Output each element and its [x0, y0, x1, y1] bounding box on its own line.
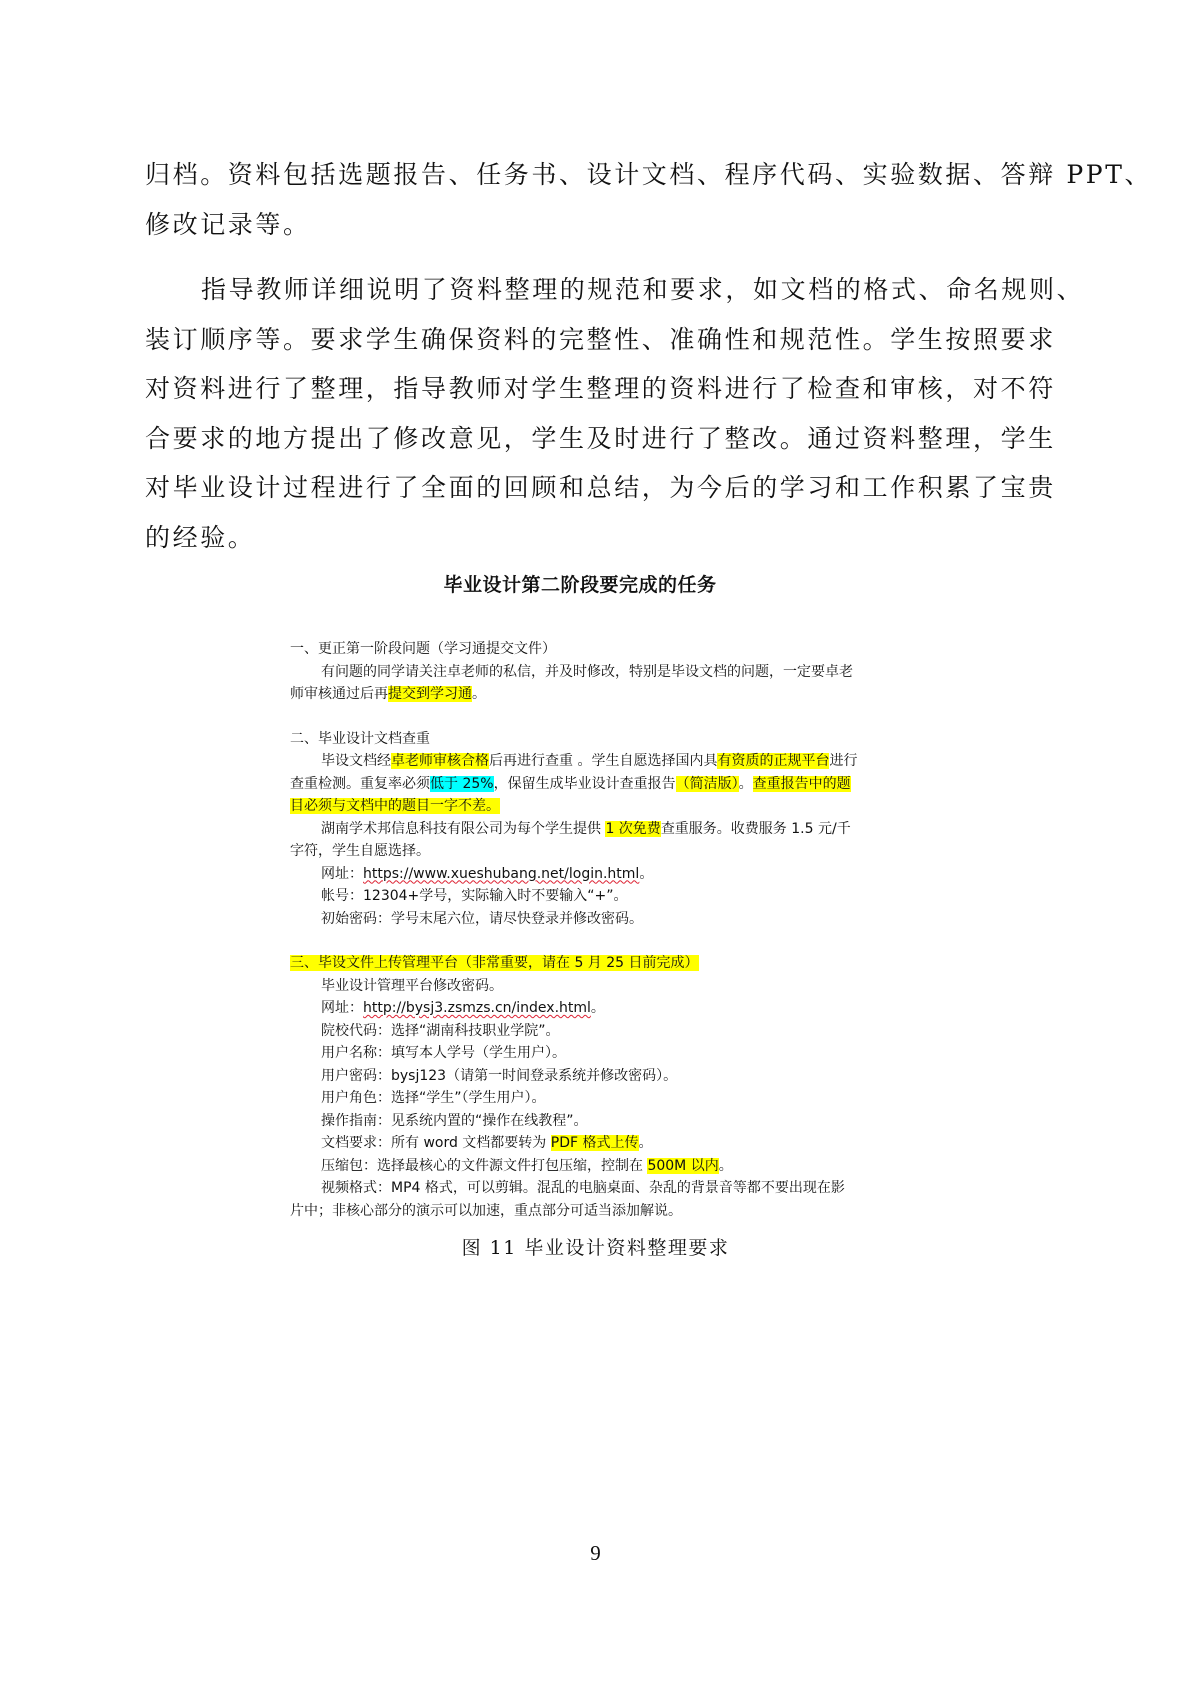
highlight-cyan: 低于 25% — [430, 776, 494, 792]
section3-url-line: 网址：http://bysj3.zsmzs.cn/index.html。 — [290, 997, 910, 1020]
text: 。 — [719, 1158, 733, 1174]
section2-line5: 字符，学生自愿选择。 — [290, 840, 910, 863]
text: 。 — [591, 1000, 605, 1016]
xueshubang-url-link[interactable]: https://www.xueshubang.net/login.html — [363, 866, 639, 882]
highlight: （简洁版） — [676, 776, 739, 792]
highlight: 卓老师审核合格 — [391, 753, 489, 769]
text: ，保留生成毕业设计查重报告 — [494, 776, 676, 792]
section1-line1: 有问题的同学请关注卓老师的私信，并及时修改，特别是毕设文档的问题，一定要卓老 — [290, 661, 910, 684]
section3-guide: 操作指南：见系统内置的“操作在线教程”。 — [290, 1110, 910, 1133]
text-line: 装订顺序等。要求学生确保资料的完整性、准确性和规范性。学生按照要求 — [145, 315, 1045, 365]
text: 查重检测。重复率必须 — [290, 776, 430, 792]
text: 师审核通过后再 — [290, 686, 388, 702]
section2-password: 初始密码：学号末尾六位，请尽快登录并修改密码。 — [290, 908, 910, 931]
label: 网址： — [321, 866, 363, 882]
figure-title: 毕业设计第二阶段要完成的任务 — [290, 570, 870, 597]
highlight: 三、毕设文件上传管理平台（非常重要，请在 5 月 25 日前完成） — [290, 955, 699, 971]
section3-video-line2: 片中；非核心部分的演示可以加速，重点部分可适当添加解说。 — [290, 1200, 910, 1223]
paragraph-organization-rules: 指导教师详细说明了资料整理的规范和要求，如文档的格式、命名规则、 装订顺序等。要… — [145, 265, 1045, 562]
highlight: 1 次免费 — [605, 821, 660, 837]
text-line: 的经验。 — [145, 513, 1045, 563]
section2-url-line: 网址：https://www.xueshubang.net/login.html… — [290, 863, 910, 886]
section2-account: 帐号：12304+学号，实际输入时不要输入“+”。 — [290, 885, 910, 908]
text: 文档要求：所有 word 文档都要转为 — [321, 1135, 551, 1151]
text: 。 — [739, 776, 753, 792]
section3-zip: 压缩包：选择最核心的文件源文件打包压缩，控制在 500M 以内。 — [290, 1155, 910, 1178]
section2-line3: 目必须与文档中的题目一字不差。 — [290, 795, 910, 818]
section3-doc-requirement: 文档要求：所有 word 文档都要转为 PDF 格式上传。 — [290, 1132, 910, 1155]
text: 。 — [472, 686, 486, 702]
section3-school-code: 院校代码：选择“湖南科技职业学院”。 — [290, 1020, 910, 1043]
highlight: 查重报告中的题 — [753, 776, 851, 792]
text: 压缩包：选择最核心的文件源文件打包压缩，控制在 — [321, 1158, 647, 1174]
section3-user-password: 用户密码：bysj123（请第一时间登录系统并修改密码）。 — [290, 1065, 910, 1088]
section2-line2: 查重检测。重复率必须低于 25%，保留生成毕业设计查重报告（简洁版）。查重报告中… — [290, 773, 910, 796]
text: 查重服务。收费服务 1.5 元/千 — [661, 821, 851, 837]
section1-line2: 师审核通过后再提交到学习通。 — [290, 683, 910, 706]
section1-heading: 一、更正第一阶段问题（学习通提交文件） — [290, 638, 910, 661]
text-line: 归档。资料包括选题报告、任务书、设计文档、程序代码、实验数据、答辩 PPT、 — [145, 150, 1045, 200]
text: 。 — [639, 1135, 653, 1151]
section3-line1: 毕业设计管理平台修改密码。 — [290, 975, 910, 998]
spacer — [290, 706, 910, 728]
highlight: 目必须与文档中的题目一字不差。 — [290, 798, 500, 814]
highlight: 提交到学习通 — [388, 686, 472, 702]
text: 毕设文档经 — [321, 753, 391, 769]
text: 后再进行查重 。学生自愿选择国内具 — [489, 753, 717, 769]
section3-user-role: 用户角色：选择“学生”（学生用户）。 — [290, 1087, 910, 1110]
section2-heading: 二、毕业设计文档查重 — [290, 728, 910, 751]
figure-content: 一、更正第一阶段问题（学习通提交文件） 有问题的同学请关注卓老师的私信，并及时修… — [290, 638, 910, 1222]
text-line: 对资料进行了整理，指导教师对学生整理的资料进行了检查和审核，对不符 — [145, 364, 1045, 414]
figure-caption: 图 11 毕业设计资料整理要求 — [0, 1233, 1191, 1260]
label: 网址： — [321, 1000, 363, 1016]
page-number: 9 — [0, 1541, 1191, 1566]
document-page: 归档。资料包括选题报告、任务书、设计文档、程序代码、实验数据、答辩 PPT、 修… — [0, 0, 1191, 1684]
highlight: 有资质的正规平台 — [717, 753, 829, 769]
text-line: 指导教师详细说明了资料整理的规范和要求，如文档的格式、命名规则、 — [145, 265, 1045, 315]
section3-heading: 三、毕设文件上传管理平台（非常重要，请在 5 月 25 日前完成） — [290, 952, 910, 975]
text: 湖南学术邦信息科技有限公司为每个学生提供 — [321, 821, 605, 837]
text-line: 修改记录等。 — [145, 200, 1045, 250]
section3-username: 用户名称：填写本人学号（学生用户）。 — [290, 1042, 910, 1065]
section2-line1: 毕设文档经卓老师审核合格后再进行查重 。学生自愿选择国内具有资质的正规平台进行 — [290, 750, 910, 773]
text: 。 — [639, 866, 653, 882]
highlight: 500M 以内 — [647, 1158, 718, 1174]
text-line: 对毕业设计过程进行了全面的回顾和总结，为今后的学习和工作积累了宝贵 — [145, 463, 1045, 513]
highlight: PDF 格式上传 — [551, 1135, 639, 1151]
paragraph-archive-materials: 归档。资料包括选题报告、任务书、设计文档、程序代码、实验数据、答辩 PPT、 修… — [145, 150, 1045, 249]
bysj3-url-link[interactable]: http://bysj3.zsmzs.cn/index.html — [363, 1000, 591, 1016]
section2-line4: 湖南学术邦信息科技有限公司为每个学生提供 1 次免费查重服务。收费服务 1.5 … — [290, 818, 910, 841]
text-line: 合要求的地方提出了修改意见，学生及时进行了整改。通过资料整理，学生 — [145, 414, 1045, 464]
spacer — [290, 930, 910, 952]
section3-video-line1: 视频格式：MP4 格式，可以剪辑。混乱的电脑桌面、杂乱的背景音等都不要出现在影 — [290, 1177, 910, 1200]
text: 进行 — [829, 753, 857, 769]
